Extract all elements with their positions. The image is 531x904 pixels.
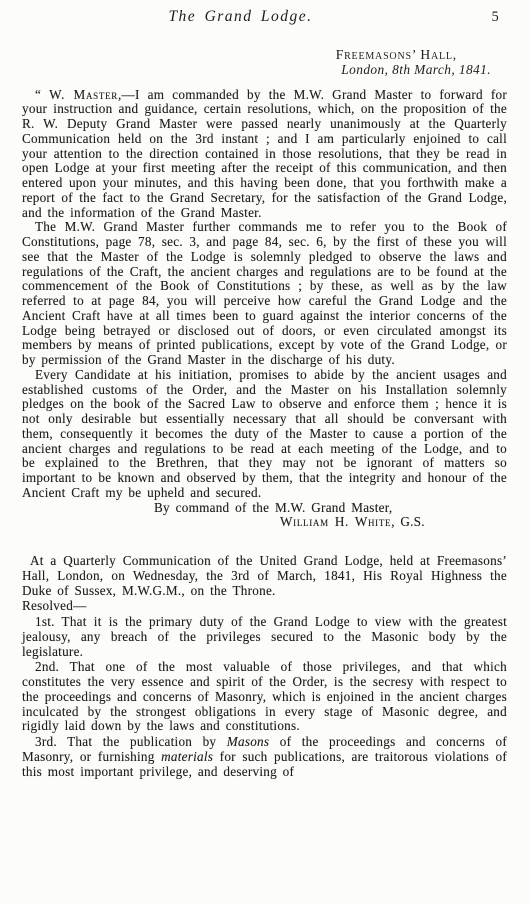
- scanned-book-page: The Grand Lodge. 5 Freemasons’ Hall, Lon…: [0, 0, 531, 904]
- running-head: The Grand Lodge. 5: [22, 10, 507, 34]
- letter-paragraph-3: Every Candidate at his initiation, promi…: [22, 368, 507, 501]
- letter-body: “ W. Master,—I am commanded by the M.W. …: [22, 88, 507, 531]
- dateline-date: London, 8th March, 1841.: [22, 63, 507, 78]
- text-run: William H. White: [280, 514, 391, 529]
- signature-line: William H. White, G.S.: [280, 515, 507, 530]
- text-run: “: [35, 87, 49, 102]
- minutes-section: At a Quarterly Communication of the Unit…: [22, 554, 507, 779]
- text-run: Masons: [227, 734, 270, 749]
- text-run: The M.W. Grand Master further commands m…: [22, 219, 507, 367]
- resolved-label: Resolved—: [22, 599, 507, 614]
- text-run: materials: [161, 749, 213, 764]
- text-run: ,—I am commanded by the M.W. Grand Maste…: [22, 87, 507, 220]
- dateline-place: Freemasons’ Hall,: [22, 48, 507, 63]
- page-number: 5: [491, 10, 499, 25]
- text-run: 1st. That it is the primary duty of the …: [22, 614, 507, 659]
- resolutions-list: 1st. That it is the primary duty of the …: [22, 615, 507, 779]
- text-run: W. Master: [49, 87, 118, 102]
- letter-paragraph-2: The M.W. Grand Master further commands m…: [22, 220, 507, 368]
- running-title: The Grand Lodge.: [0, 10, 483, 25]
- minutes-intro: At a Quarterly Communication of the Unit…: [22, 554, 507, 598]
- text-run: , G.S.: [391, 514, 425, 529]
- resolution-1st: 1st. That it is the primary duty of the …: [22, 615, 507, 659]
- letter-paragraph-1: “ W. Master,—I am commanded by the M.W. …: [22, 88, 507, 221]
- by-command-line: By command of the M.W. Grand Master,: [154, 501, 507, 516]
- resolution-2nd: 2nd. That one of the most valuable of th…: [22, 660, 507, 734]
- resolution-3rd: 3rd. That the publication by Masons of t…: [22, 735, 507, 779]
- text-run: 3rd. That the publication by: [35, 734, 227, 749]
- text-run: Every Candidate at his initiation, promi…: [22, 367, 507, 500]
- dateline: Freemasons’ Hall, London, 8th March, 184…: [22, 48, 507, 78]
- text-run: 2nd. That one of the most valuable of th…: [22, 659, 507, 733]
